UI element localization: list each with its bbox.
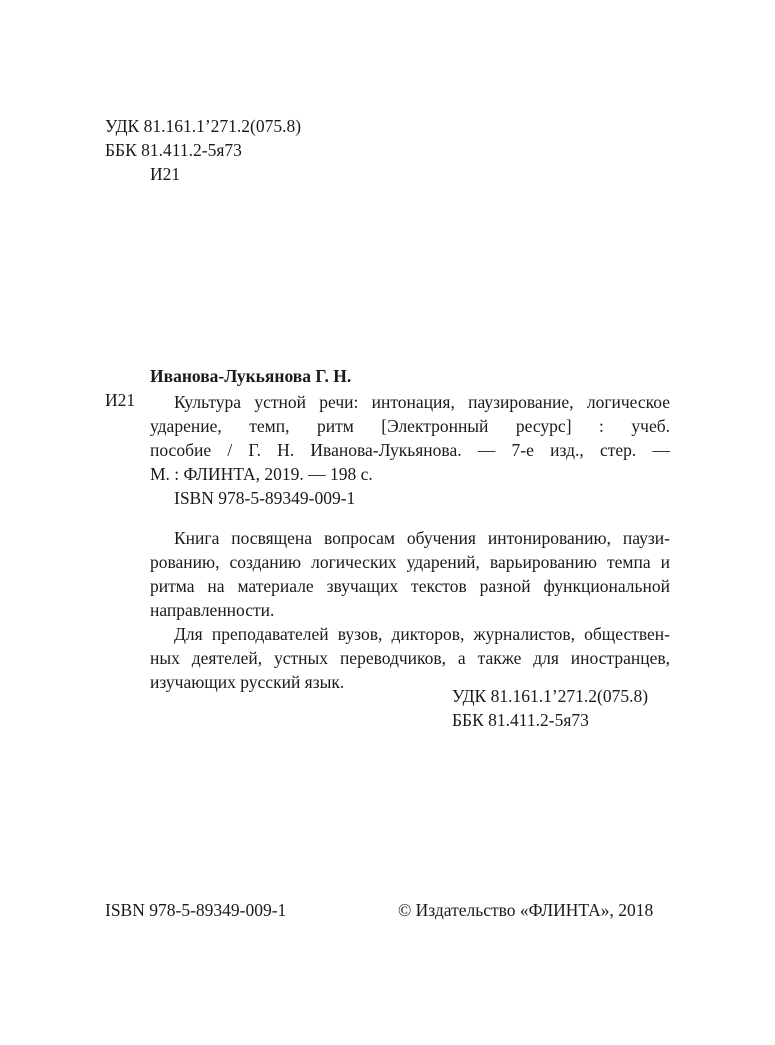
annotation-line: Книга посвящена вопросам обучения интони… <box>150 526 670 550</box>
bib-line: пособие / Г. Н. Иванова-Лукьянова. — 7-е… <box>150 438 670 462</box>
author-code-top: И21 <box>150 166 180 184</box>
annotation-line: ритма на материале звучащих текстов разн… <box>150 574 670 598</box>
udk-code-annotation: УДК 81.161.1’271.2(075.8) <box>452 688 648 706</box>
bib-line: Культура устной речи: интонация, паузиро… <box>150 390 670 414</box>
udk-code-top: УДК 81.161.1’271.2(075.8) <box>105 118 301 136</box>
bbk-code-annotation: ББК 81.411.2-5я73 <box>452 712 589 730</box>
isbn-middle: ISBN 978-5-89349-009-1 <box>174 490 355 508</box>
annotation-line: рованию, созданию логических ударений, в… <box>150 550 670 574</box>
annotation-paragraph-1: Книга посвящена вопросам обучения интони… <box>150 526 670 622</box>
annotation-line: Для преподавателей вузов, дикторов, журн… <box>150 622 670 646</box>
bib-line: ударение, темп, ритм [Электронный ресурс… <box>150 414 670 438</box>
author-heading: Иванова-Лукьянова Г. Н. <box>150 368 351 386</box>
annotation-paragraph-2: Для преподавателей вузов, дикторов, журн… <box>150 622 670 694</box>
bibliographic-description: Культура устной речи: интонация, паузиро… <box>150 390 670 486</box>
copyright-notice: © Издательство «ФЛИНТА», 2018 <box>398 902 653 920</box>
author-code: И21 <box>105 392 135 410</box>
isbn-footer: ISBN 978-5-89349-009-1 <box>105 902 286 920</box>
bbk-code-top: ББК 81.411.2-5я73 <box>105 142 242 160</box>
annotation-line: ных деятелей, устных переводчиков, а так… <box>150 646 670 670</box>
annotation-line: направленности. <box>150 598 670 622</box>
bib-line: М. : ФЛИНТА, 2019. — 198 с. <box>150 462 670 486</box>
